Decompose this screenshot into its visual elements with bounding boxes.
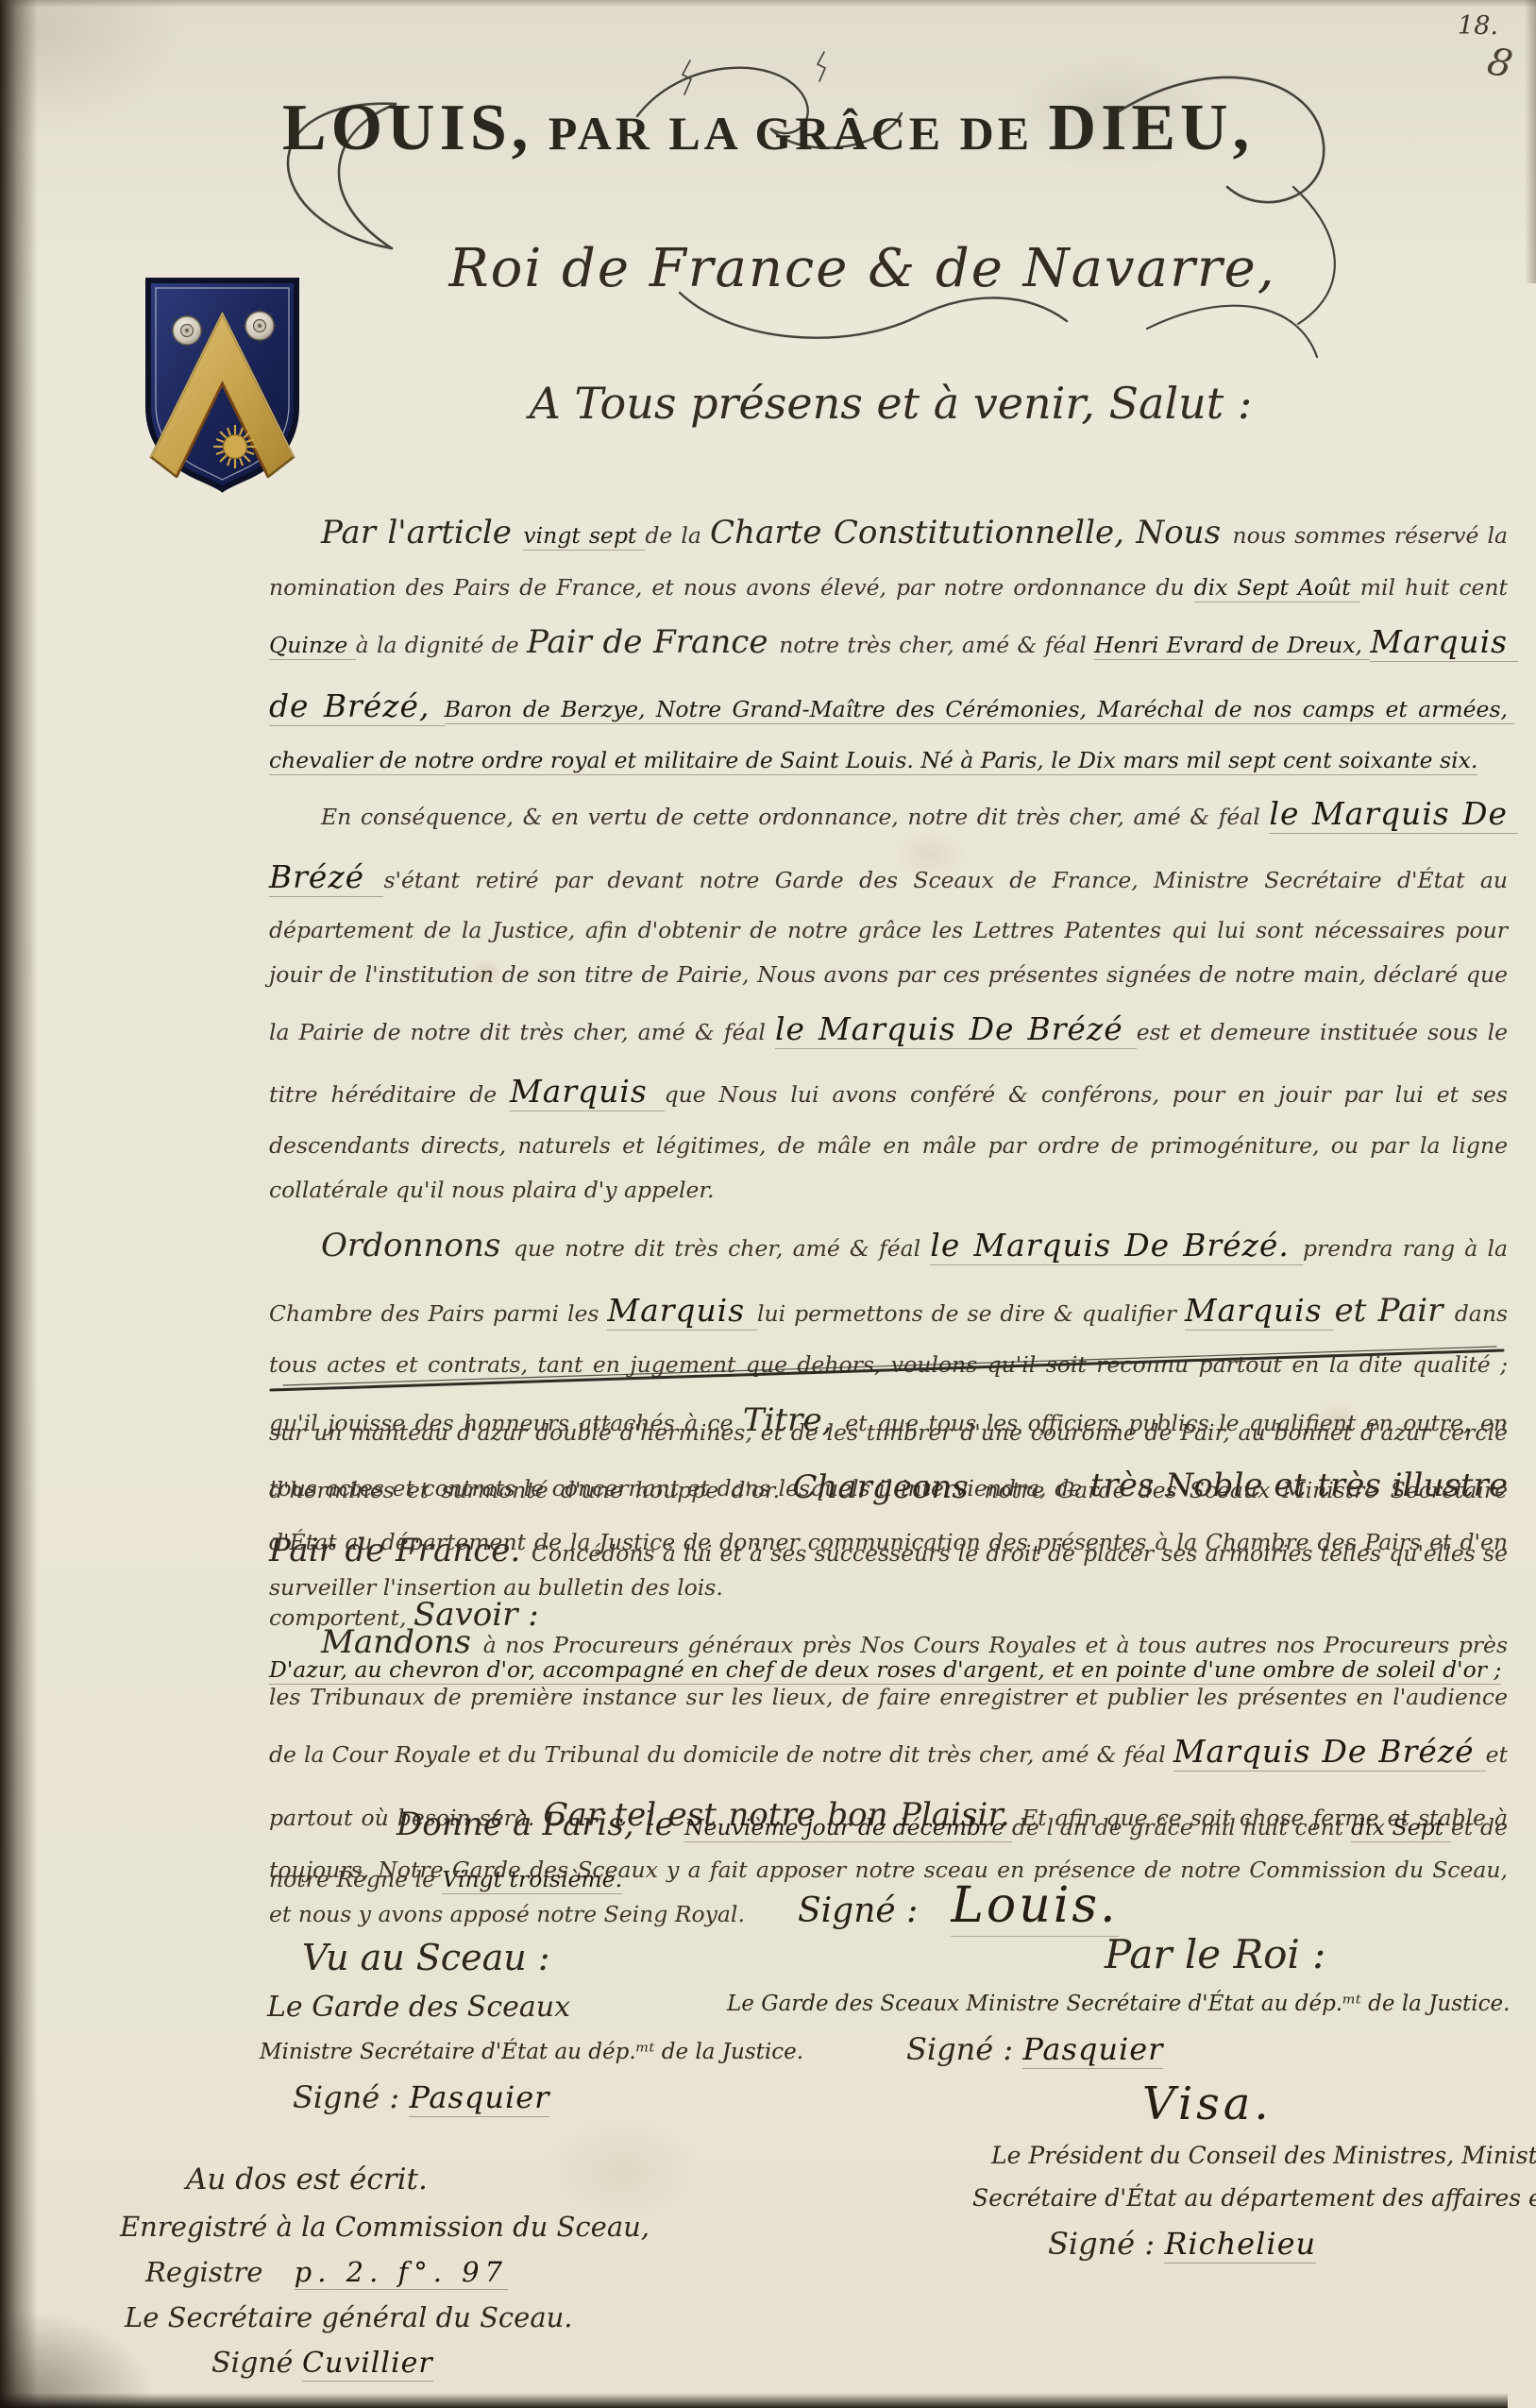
- text-segment: En conséquence, & en vertu de cette ordo…: [321, 804, 1269, 830]
- text-segment: notre très cher, amé & féal: [779, 632, 1094, 658]
- text-segment: le Marquis De Brézé.: [930, 1227, 1303, 1265]
- text-segment: Chargeons: [792, 1468, 984, 1506]
- folio-number: 18.: [1458, 11, 1498, 41]
- text-segment: Charte Constitutionnelle, Nous: [710, 514, 1233, 551]
- registration-line1: Au dos est écrit.: [186, 2155, 672, 2204]
- text-segment: de l'an de grâce mil huit cent: [1012, 1814, 1351, 1840]
- king-column-line3: Secrétaire d'État au département des aff…: [972, 2178, 1426, 2219]
- royal-signature: Signé : Louis.: [798, 1877, 1119, 1934]
- signed-label: Signé: [211, 2347, 293, 2380]
- salutation-line: A Tous présens et à venir, Salut :: [283, 378, 1498, 429]
- coat-of-arms: [140, 272, 305, 494]
- register-reference: p. 2. f°. 97: [295, 2256, 508, 2290]
- text-segment: Neuvième jour de décembre: [684, 1814, 1012, 1842]
- text-segment: Mandons: [321, 1623, 483, 1661]
- text-segment: à la dignité de: [356, 632, 527, 658]
- king-column-signature2: Signé : Richelieu: [1048, 2219, 1426, 2268]
- visa-heading: Visa.: [1142, 2074, 1426, 2134]
- text-segment: Donné à Paris, le: [397, 1806, 684, 1843]
- text-segment: le Marquis De Brézé: [775, 1010, 1137, 1049]
- text-segment: Pair de France: [527, 623, 779, 661]
- registration-line2: Enregistré à la Commission du Sceau,: [120, 2204, 672, 2249]
- right-page-edge: [1525, 0, 1536, 283]
- text-segment: Henri Evrard de Dreux,: [1094, 632, 1370, 660]
- seal-column: Vu au Sceau : Le Garde des Sceaux Minist…: [212, 1931, 647, 2122]
- text-segment: Marquis De Brézé: [1173, 1733, 1486, 1772]
- paragraph-charte: Par l'article vingt sept de la Charte Co…: [269, 500, 1508, 783]
- letters-patent-page: 18. 8 LOUIS, PAR LA GRÂCE DE DIEU, Roi d…: [0, 0, 1536, 2408]
- top-page-edge: [0, 0, 1536, 8]
- text-segment: Quinze: [269, 632, 356, 660]
- text-segment: de la: [645, 522, 710, 549]
- text-segment: Marquis: [607, 1292, 757, 1331]
- text-segment: dix Sept: [1351, 1814, 1451, 1842]
- text-segment: Marquis: [510, 1073, 665, 1111]
- subtitle-roi-de-france: Roi de France & de Navarre,: [236, 238, 1489, 299]
- text-segment: Baron de Berzye, Notre Grand-Maître des …: [269, 696, 1514, 774]
- text-segment: Vingt troisième.: [442, 1866, 622, 1894]
- registration-signature: Signé Cuvillier: [211, 2340, 672, 2387]
- page-numeral: 8: [1483, 40, 1515, 87]
- seal-column-heading: Vu au Sceau :: [302, 1931, 647, 1984]
- text-segment: et Pair: [1334, 1292, 1454, 1330]
- title-word-dieu: DIEU,: [1049, 92, 1255, 164]
- paragraph-manteau: sur un manteau d'azur doublé d'hermines,…: [269, 1411, 1508, 1610]
- signature-pasquier: Pasquier: [1022, 2031, 1163, 2069]
- text-segment: Par l'article: [321, 514, 523, 551]
- main-title: LOUIS, PAR LA GRÂCE DE DIEU,: [57, 91, 1479, 166]
- seal-column-line1: Le Garde des Sceaux: [267, 1984, 647, 2031]
- text-segment: lui permettons de se dire & qualifier: [757, 1300, 1185, 1327]
- signed-label: Signé :: [1048, 2226, 1155, 2262]
- register-label: Registre: [145, 2256, 262, 2288]
- paragraph-consequence: En conséquence, & en vertu de cette ordo…: [269, 783, 1508, 1213]
- signed-label: Signé :: [798, 1891, 918, 1930]
- registration-note: Au dos est écrit. Enregistré à la Commis…: [106, 2155, 672, 2387]
- king-column-line2: Le Président du Conseil des Ministres, M…: [991, 2134, 1426, 2178]
- title-middle: PAR LA GRÂCE DE: [532, 107, 1048, 160]
- text-segment: que notre dit très cher, amé & féal: [514, 1235, 930, 1262]
- bottom-page-edge: [0, 2393, 1508, 2408]
- king-column-heading: Par le Roi :: [1105, 1926, 1426, 1983]
- text-segment: mil huit cent: [1360, 574, 1515, 601]
- text-segment: dix Sept Août: [1194, 574, 1360, 602]
- signed-label: Signé :: [906, 2031, 1013, 2067]
- title-word-louis: LOUIS,: [282, 92, 532, 164]
- signed-label: Signé :: [293, 2079, 399, 2115]
- registration-line3: Registre p. 2. f°. 97: [145, 2249, 672, 2295]
- signature-richelieu: Richelieu: [1164, 2226, 1316, 2264]
- signature-cuvillier: Cuvillier: [302, 2347, 433, 2382]
- seal-column-signature: Signé : Pasquier: [293, 2073, 647, 2122]
- king-column-signature1: Signé : Pasquier: [906, 2025, 1426, 2074]
- king-column: Par le Roi : Le Garde des Sceaux Ministr…: [727, 1926, 1426, 2268]
- seal-column-line2: Ministre Secrétaire d'État au dép.ᵐᵗ de …: [260, 2031, 647, 2073]
- signature-pasquier: Pasquier: [409, 2079, 549, 2117]
- registration-line4: Le Secrétaire général du Sceau.: [125, 2295, 672, 2340]
- text-segment: Ordonnons: [321, 1227, 514, 1264]
- text-segment: Marquis: [1185, 1292, 1335, 1331]
- binding-edge: [0, 0, 38, 2408]
- text-segment: vingt sept: [523, 522, 645, 551]
- king-column-line1: Le Garde des Sceaux Ministre Secrétaire …: [727, 1983, 1426, 2025]
